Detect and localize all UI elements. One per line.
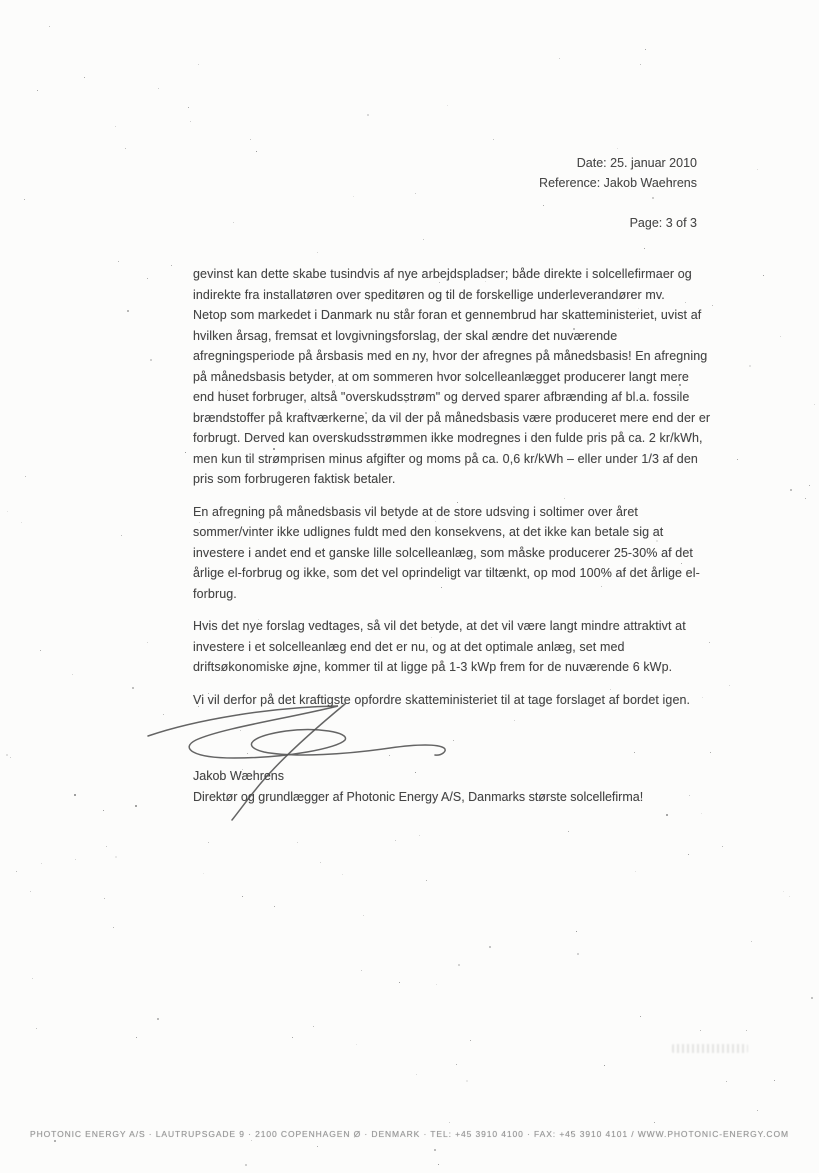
paragraph-monthly-settlement-consequence: En afregning på månedsbasis vil betyde a…	[193, 502, 725, 605]
letter-body: gevinst kan dette skabe tusindvis af nye…	[193, 264, 725, 722]
scan-smudge	[672, 1044, 748, 1053]
signatory-name: Jakob Wæhrens	[193, 766, 643, 787]
date-line: Date: 25. januar 2010	[539, 153, 697, 173]
signature-block: Jakob Wæhrens Direktør og grundlægger af…	[193, 766, 643, 808]
paragraph-settlement-proposal: gevinst kan dette skabe tusindvis af nye…	[193, 264, 725, 490]
footer-line: PHOTONIC ENERGY A/S · LAUTRUPSGADE 9 · 2…	[0, 1129, 819, 1139]
page-number-line: Page: 3 of 3	[539, 213, 697, 233]
scanned-letter-page: Date: 25. januar 2010 Reference: Jakob W…	[0, 0, 819, 1173]
reference-line: Reference: Jakob Waehrens	[539, 173, 697, 193]
paragraph-investment-impact: Hvis det nye forslag vedtages, så vil de…	[193, 616, 725, 678]
signatory-title: Direktør og grundlægger af Photonic Ener…	[193, 787, 643, 808]
letter-header: Date: 25. januar 2010 Reference: Jakob W…	[539, 153, 697, 233]
paragraph-closing-appeal: Vi vil derfor på det kraftigste opfordre…	[193, 690, 725, 711]
